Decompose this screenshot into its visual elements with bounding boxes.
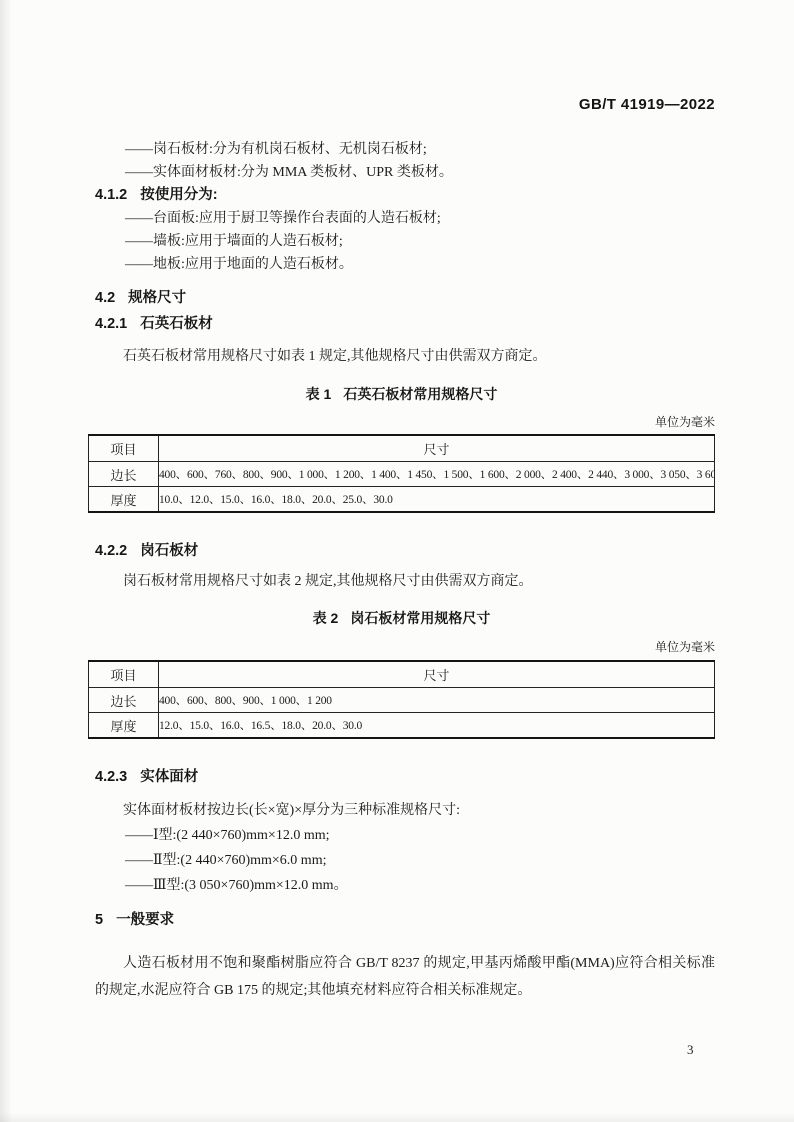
clause-heading-4-2: 4.2规格尺寸 bbox=[95, 287, 715, 310]
clause-number: 4.2.1 bbox=[95, 316, 127, 332]
standard-number: GB/T 41919—2022 bbox=[88, 96, 715, 114]
column-header-item: 项目 bbox=[89, 435, 159, 462]
clause-title: 按使用分为: bbox=[140, 187, 217, 203]
table-1-caption: 表 1石英石板材常用规格尺寸 bbox=[88, 383, 715, 406]
use-item: ——台面板:应用于厨卫等操作台表面的人造石板材; bbox=[125, 207, 715, 230]
unit-note: 单位为毫米 bbox=[88, 639, 715, 655]
general-requirements-paragraph: 人造石板材用不饱和聚酯树脂应符合 GB/T 8237 的规定,甲基丙烯酸甲酯(M… bbox=[95, 950, 715, 1004]
row-label: 厚度 bbox=[89, 487, 159, 513]
row-label: 厚度 bbox=[89, 713, 159, 739]
document-page: GB/T 41919—2022 ——岗石板材:分为有机岗石板材、无机岗石板材; … bbox=[0, 0, 794, 1122]
solid-surface-paragraph: 实体面材板材按边长(长×宽)×厚分为三种标准规格尺寸: bbox=[95, 799, 715, 822]
page-number: 3 bbox=[687, 1042, 694, 1058]
table-title: 岗石板材常用规格尺寸 bbox=[350, 610, 490, 626]
page-content: GB/T 41919—2022 ——岗石板材:分为有机岗石板材、无机岗石板材; … bbox=[88, 0, 715, 1004]
clause-title: 规格尺寸 bbox=[128, 290, 186, 306]
type-spec-item: ——Ⅱ型:(2 440×760)mm×6.0 mm; bbox=[125, 849, 715, 872]
table-row: 厚度 10.0、12.0、15.0、16.0、18.0、20.0、25.0、30… bbox=[89, 487, 715, 513]
row-values: 400、600、800、900、1 000、1 200 bbox=[159, 688, 715, 713]
row-values: 400、600、760、800、900、1 000、1 200、1 400、1 … bbox=[159, 462, 715, 487]
table-label: 表 1 bbox=[306, 386, 332, 402]
clause-heading-4-1-2: 4.1.2按使用分为: bbox=[95, 184, 715, 207]
clause-title: 岗石板材 bbox=[140, 543, 198, 559]
row-label: 边长 bbox=[89, 462, 159, 487]
row-values: 12.0、15.0、16.0、16.5、18.0、20.0、30.0 bbox=[159, 713, 715, 739]
type-spec-item: ——Ⅰ型:(2 440×760)mm×12.0 mm; bbox=[125, 824, 715, 847]
table-header-row: 项目 尺寸 bbox=[89, 435, 715, 462]
row-values: 10.0、12.0、15.0、16.0、18.0、20.0、25.0、30.0 bbox=[159, 487, 715, 513]
clause-number: 4.2.3 bbox=[95, 769, 127, 785]
type-spec-item: ——Ⅲ型:(3 050×760)mm×12.0 mm。 bbox=[125, 874, 715, 897]
row-label: 边长 bbox=[89, 688, 159, 713]
clause-number: 5 bbox=[95, 912, 103, 928]
table-2-gangstone-sizes: 项目 尺寸 边长 400、600、800、900、1 000、1 200 厚度 … bbox=[88, 660, 715, 739]
table-title: 石英石板材常用规格尺寸 bbox=[343, 386, 497, 402]
use-item: ——墙板:应用于墙面的人造石板材; bbox=[125, 230, 715, 253]
table-1-quartz-sizes: 项目 尺寸 边长 400、600、760、800、900、1 000、1 200… bbox=[88, 434, 715, 513]
classification-item: ——实体面材板材:分为 MMA 类板材、UPR 类板材。 bbox=[125, 161, 715, 184]
quartz-paragraph: 石英石板材常用规格尺寸如表 1 规定,其他规格尺寸由供需双方商定。 bbox=[95, 345, 715, 368]
table-2-caption: 表 2岗石板材常用规格尺寸 bbox=[88, 607, 715, 630]
clause-heading-5: 5一般要求 bbox=[95, 909, 715, 932]
clause-title: 一般要求 bbox=[116, 912, 174, 928]
table-row: 边长 400、600、800、900、1 000、1 200 bbox=[89, 688, 715, 713]
clause-heading-4-2-1: 4.2.1石英石板材 bbox=[95, 313, 715, 336]
table-row: 厚度 12.0、15.0、16.0、16.5、18.0、20.0、30.0 bbox=[89, 713, 715, 739]
column-header-size: 尺寸 bbox=[159, 435, 715, 462]
table-label: 表 2 bbox=[313, 610, 339, 626]
column-header-item: 项目 bbox=[89, 661, 159, 688]
gangstone-paragraph: 岗石板材常用规格尺寸如表 2 规定,其他规格尺寸由供需双方商定。 bbox=[95, 570, 715, 593]
column-header-size: 尺寸 bbox=[159, 661, 715, 688]
classification-item: ——岗石板材:分为有机岗石板材、无机岗石板材; bbox=[125, 138, 715, 161]
clause-title: 实体面材 bbox=[140, 769, 198, 785]
clause-heading-4-2-3: 4.2.3实体面材 bbox=[95, 766, 715, 789]
clause-title: 石英石板材 bbox=[140, 316, 213, 332]
use-item: ——地板:应用于地面的人造石板材。 bbox=[125, 253, 715, 276]
clause-number: 4.2.2 bbox=[95, 543, 127, 559]
unit-note: 单位为毫米 bbox=[88, 414, 715, 430]
clause-number: 4.1.2 bbox=[95, 187, 127, 203]
clause-heading-4-2-2: 4.2.2岗石板材 bbox=[95, 540, 715, 563]
table-row: 边长 400、600、760、800、900、1 000、1 200、1 400… bbox=[89, 462, 715, 487]
table-header-row: 项目 尺寸 bbox=[89, 661, 715, 688]
clause-number: 4.2 bbox=[95, 290, 115, 306]
